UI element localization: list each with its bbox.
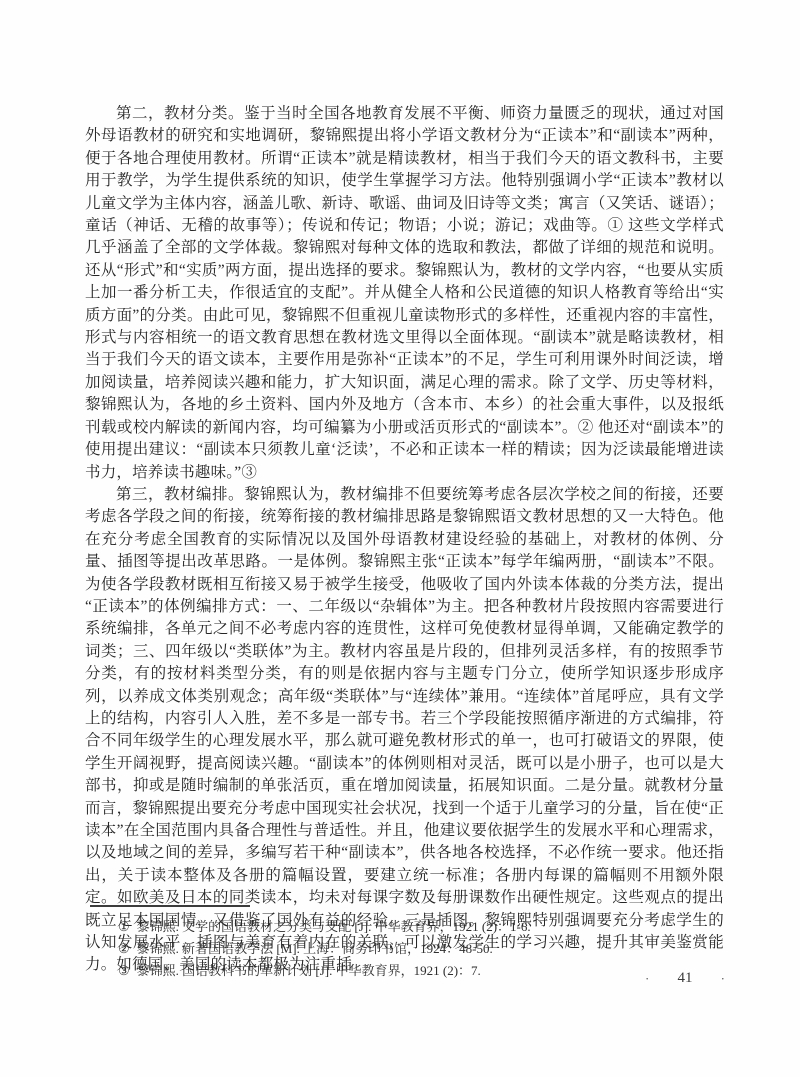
footnote-1-text: 黎锦熙. 文学的国语教材之分类与支配 [J]. 中华教育界，1921 (2)：1… <box>137 919 531 934</box>
footnote-3: ③黎锦熙. 国语教科书的革新计划 [J]. 中华教育界，1921 (2)：7. <box>85 960 724 982</box>
page-number-right-dot: · <box>721 971 725 987</box>
document-page: 第二，教材分类。鉴于当时全国各地教育发展不平衡、师资力量匮乏的现状，通过对国外母… <box>0 0 800 1077</box>
footnote-3-text: 黎锦熙. 国语教科书的革新计划 [J]. 中华教育界，1921 (2)：7. <box>137 963 481 978</box>
footnote-2-marker: ② <box>118 941 130 956</box>
body-text: 第二，教材分类。鉴于当时全国各地教育发展不平衡、师资力量匮乏的现状，通过对国外母… <box>85 103 724 977</box>
page-number-left-dot: · <box>645 971 649 987</box>
page-number: · 41 · <box>645 970 725 987</box>
footnote-2-text: 黎锦熙. 新著国语教学法 [M]. 上海：商务印书馆，1924：48-50. <box>137 941 493 956</box>
paragraph-material-classification: 第二，教材分类。鉴于当时全国各地教育发展不平衡、师资力量匮乏的现状，通过对国外母… <box>85 103 724 484</box>
page-number-value: 41 <box>678 970 693 987</box>
footnote-2: ②黎锦熙. 新著国语教学法 [M]. 上海：商务印书馆，1924：48-50. <box>85 938 724 960</box>
footnote-1: ①黎锦熙. 文学的国语教材之分类与支配 [J]. 中华教育界，1921 (2)：… <box>85 916 724 938</box>
paragraph-material-arrangement: 第三，教材编排。黎锦熙认为，教材编排不但要统筹考虑各层次学校之间的衔接，还要考虑… <box>85 484 724 977</box>
footnote-3-marker: ③ <box>118 963 130 978</box>
footnote-1-marker: ① <box>118 919 130 934</box>
footnotes: ①黎锦熙. 文学的国语教材之分类与支配 [J]. 中华教育界，1921 (2)：… <box>85 916 724 982</box>
footnote-separator <box>90 905 250 907</box>
